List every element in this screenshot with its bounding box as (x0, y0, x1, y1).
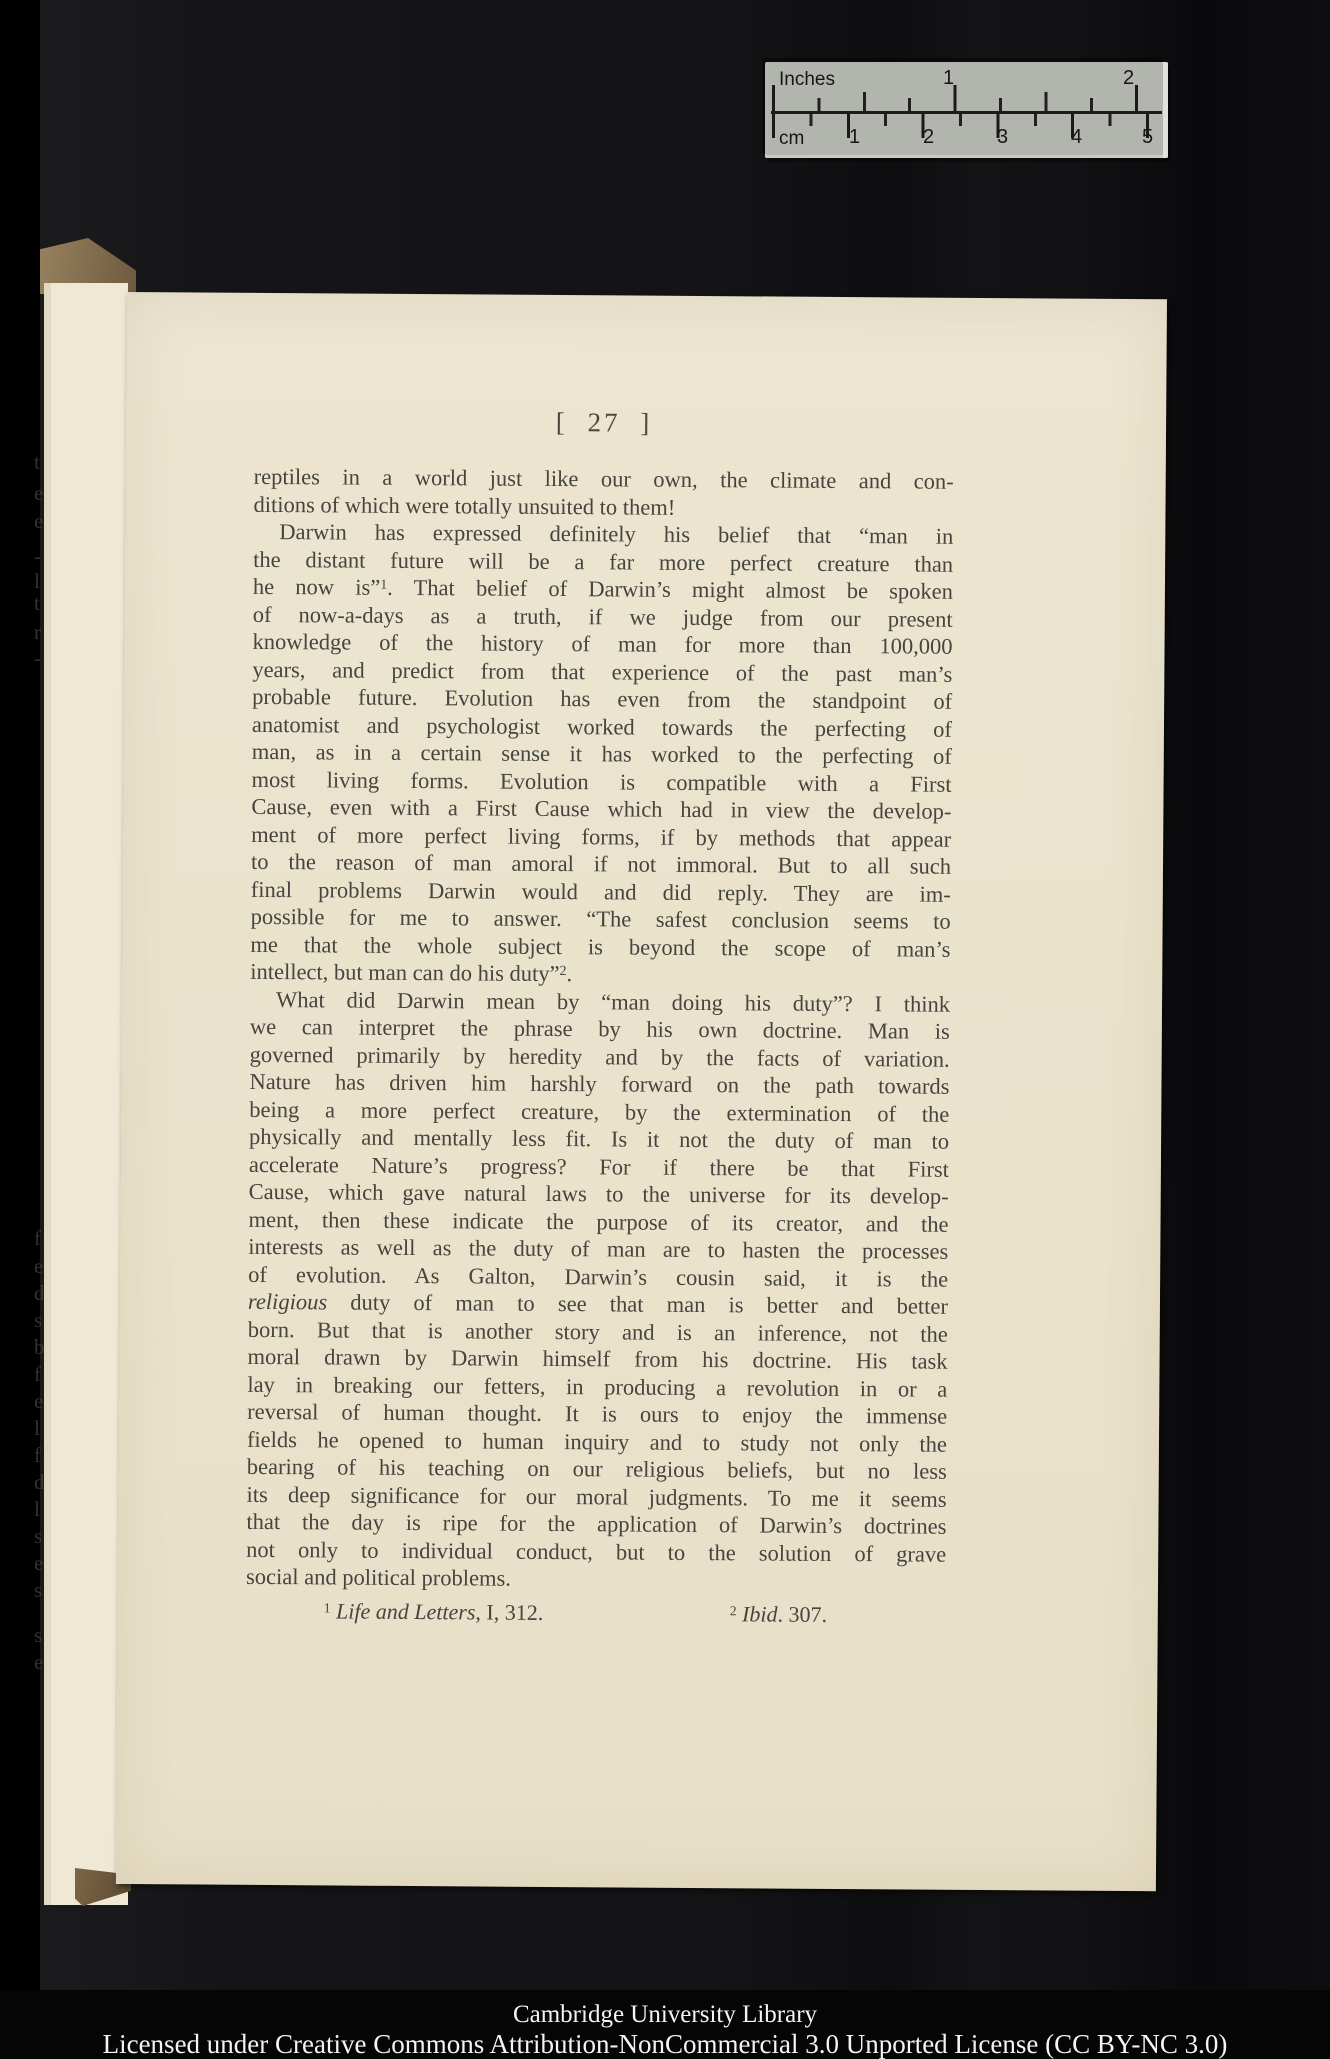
text-run: duty of man to see that man is better an… (327, 1289, 948, 1318)
text-line: social and political problems. (246, 1563, 946, 1595)
edge-letter: t (34, 452, 52, 473)
text-run: reversal of human thought. It is ours to… (247, 1399, 947, 1429)
edge-letter: e (34, 511, 52, 532)
text-run: physically and mentally less fit. Is it … (249, 1124, 949, 1154)
text-line: that the day is ripe for the application… (246, 1508, 946, 1540)
text-run: knowledge of the history of man for more… (252, 629, 952, 659)
text-run: probable future. Evolution has even from… (252, 684, 952, 714)
edge-letter: s (34, 1625, 52, 1646)
text-run: . (566, 961, 572, 986)
text-line: religious duty of man to see that man is… (248, 1288, 948, 1320)
ruler-cm-number: 3 (997, 126, 1008, 149)
text-line: Cause, which gave natural laws to the un… (249, 1178, 949, 1210)
text-run: Cause, which gave natural laws to the un… (249, 1179, 949, 1209)
text-run: , I, 312. (475, 1599, 543, 1624)
edge-letter: b (34, 1337, 52, 1358)
license-caption: Licensed under Creative Commons Attribut… (0, 2029, 1330, 2059)
text-line: reptiles in a world just like our own, t… (254, 463, 954, 495)
text-line: interests as well as the duty of man are… (248, 1233, 948, 1265)
ruler-cm-label: cm (779, 128, 804, 150)
text-run: being a more perfect creature, by the ex… (249, 1096, 949, 1126)
text-run: anatomist and psychologist worked toward… (252, 711, 952, 741)
page-edge-sliver (44, 283, 128, 1905)
text-run: ment, then these indicate the purpose of… (248, 1206, 948, 1236)
text-line: man, as in a certain sense it has worked… (252, 738, 952, 770)
text-run: . 307. (777, 1602, 827, 1627)
text-run: Ibid (742, 1601, 778, 1626)
footer: Cambridge University Library Licensed un… (0, 2000, 1330, 2059)
text-run: fields he opened to human inquiry and to… (247, 1426, 947, 1456)
scanned-book-photo: Inches 1 2 cm 1 2 3 4 5 tee-ltr-fedsbfel… (0, 0, 1330, 2059)
ruler-cm-number: 1 (849, 126, 860, 149)
text-run: man, as in a certain sense it has worked… (252, 739, 952, 769)
text-run: final problems Darwin would and did repl… (251, 876, 951, 906)
text-run: religious (248, 1289, 327, 1315)
text-line: bearing of his teaching on our religious… (247, 1453, 947, 1485)
edge-letter: t (34, 593, 52, 614)
text-run: lay in breaking our fetters, in producin… (247, 1371, 947, 1401)
text-run: reptiles in a world just like our own, t… (254, 464, 954, 494)
ruler-inch-ticks (772, 85, 1138, 111)
edge-letter: l (34, 1418, 52, 1439)
text-block: reptiles in a world just like our own, t… (246, 463, 954, 1595)
text-run: governed primarily by heredity and by th… (250, 1041, 950, 1071)
text-line: we can interpret the phrase by his own d… (250, 1013, 950, 1045)
text-line: to the reason of man amoral if not immor… (251, 848, 951, 880)
text-run: accelerate Nature’s progress? For if the… (249, 1151, 949, 1181)
text-run: of evolution. As Galton, Darwin’s cousin… (248, 1261, 948, 1291)
measurement-ruler: Inches 1 2 cm 1 2 3 4 5 (765, 62, 1168, 158)
edge-letter: f (34, 1364, 52, 1385)
text-run: . That belief of Darwin’s might almost b… (387, 575, 953, 604)
ruler-cm-number: 5 (1142, 126, 1153, 149)
text-run: Darwin has expressed definitely his beli… (279, 519, 953, 549)
edge-letter: - (34, 648, 52, 669)
text-run: most living forms. Evolution is compatib… (252, 766, 952, 796)
edge-letter: e (34, 1553, 52, 1574)
text-line: Cause, even with a First Cause which had… (251, 793, 951, 825)
text-line: moral drawn by Darwin himself from his d… (247, 1343, 947, 1375)
text-run: ditions of which were totally unsuited t… (253, 491, 675, 519)
text-run: possible for me to answer. “The safest c… (251, 904, 951, 934)
text-run: What did Darwin mean by “man doing his d… (276, 987, 950, 1017)
text-run: 1 (324, 1600, 331, 1615)
footnote: 1 Life and Letters, I, 312. (324, 1598, 544, 1626)
text-line: Darwin has expressed definitely his beli… (253, 518, 953, 550)
text-run: that the day is ripe for the application… (246, 1509, 946, 1539)
edge-letter: f (34, 1228, 52, 1249)
text-run: bearing of his teaching on our religious… (247, 1454, 947, 1484)
edge-letter: d (34, 1283, 52, 1304)
text-run: moral drawn by Darwin himself from his d… (247, 1344, 947, 1374)
text-run: 2 (560, 964, 567, 979)
text-run: we can interpret the phrase by his own d… (250, 1014, 950, 1044)
edge-letter: e (34, 1652, 52, 1673)
ruler-cm-number: 2 (923, 126, 934, 149)
text-run: born. But that is another story and is a… (248, 1316, 948, 1346)
text-run: Cause, even with a First Cause which had… (251, 794, 951, 824)
edge-letter: s (34, 1310, 52, 1331)
book-page: [ 27 ] reptiles in a world just like our… (116, 292, 1167, 1891)
footnotes-row: 1 Life and Letters, I, 312.2 Ibid. 307. (246, 1598, 946, 1633)
text-run: interests as well as the duty of man are… (248, 1234, 948, 1264)
text-line: he now is”1. That belief of Darwin’s mig… (253, 573, 953, 605)
text-line: knowledge of the history of man for more… (252, 628, 952, 660)
ruler-cm-ticks (772, 114, 1158, 138)
text-run: social and political problems. (246, 1564, 511, 1591)
text-run: he now is” (253, 574, 380, 600)
text-run: 2 (730, 1603, 737, 1618)
ruler-cm-number: 4 (1071, 126, 1082, 149)
edge-letter: e (34, 483, 52, 504)
text-run: me that the whole subject is beyond the … (250, 931, 950, 961)
text-line: possible for me to answer. “The safest c… (251, 903, 951, 935)
edge-letter: e (34, 1256, 52, 1277)
page-number: [ 27 ] (254, 405, 954, 441)
text-run: Life and Letters (336, 1598, 476, 1624)
edge-letter: l (34, 571, 52, 592)
text-run: ment of more perfect living forms, if by… (251, 821, 951, 851)
edge-letter: e (34, 1391, 52, 1412)
edge-letter: l (34, 1499, 52, 1520)
edge-letter: s (34, 1580, 52, 1601)
text-line: physically and mentally less fit. Is it … (249, 1123, 949, 1155)
text-run: its deep significance for our moral judg… (247, 1481, 947, 1511)
edge-letter: s (34, 1526, 52, 1547)
text-run: the distant future will be a far more pe… (253, 546, 953, 576)
edge-letter: d (34, 1472, 52, 1493)
text-run: to the reason of man amoral if not immor… (251, 849, 951, 879)
text-run: Nature has driven him harshly forward on… (249, 1069, 949, 1099)
edge-letter: - (34, 546, 52, 567)
footnote: 2 Ibid. 307. (730, 1601, 827, 1628)
text-run: of now-a-days as a truth, if we judge fr… (253, 601, 953, 631)
text-line: probable future. Evolution has even from… (252, 683, 952, 715)
text-line: reversal of human thought. It is ours to… (247, 1398, 947, 1430)
text-run: 1 (380, 578, 387, 593)
edge-letter: f (34, 1445, 52, 1466)
edge-letter: r (34, 622, 52, 643)
library-caption: Cambridge University Library (0, 2000, 1330, 2029)
text-run: not only to individual conduct, but to t… (246, 1536, 946, 1566)
text-line: intellect, but man can do his duty”2. (250, 958, 950, 990)
text-run: intellect, but man can do his duty” (250, 959, 559, 986)
text-line: Nature has driven him harshly forward on… (249, 1068, 949, 1100)
text-run: years, and predict from that experience … (252, 656, 952, 686)
